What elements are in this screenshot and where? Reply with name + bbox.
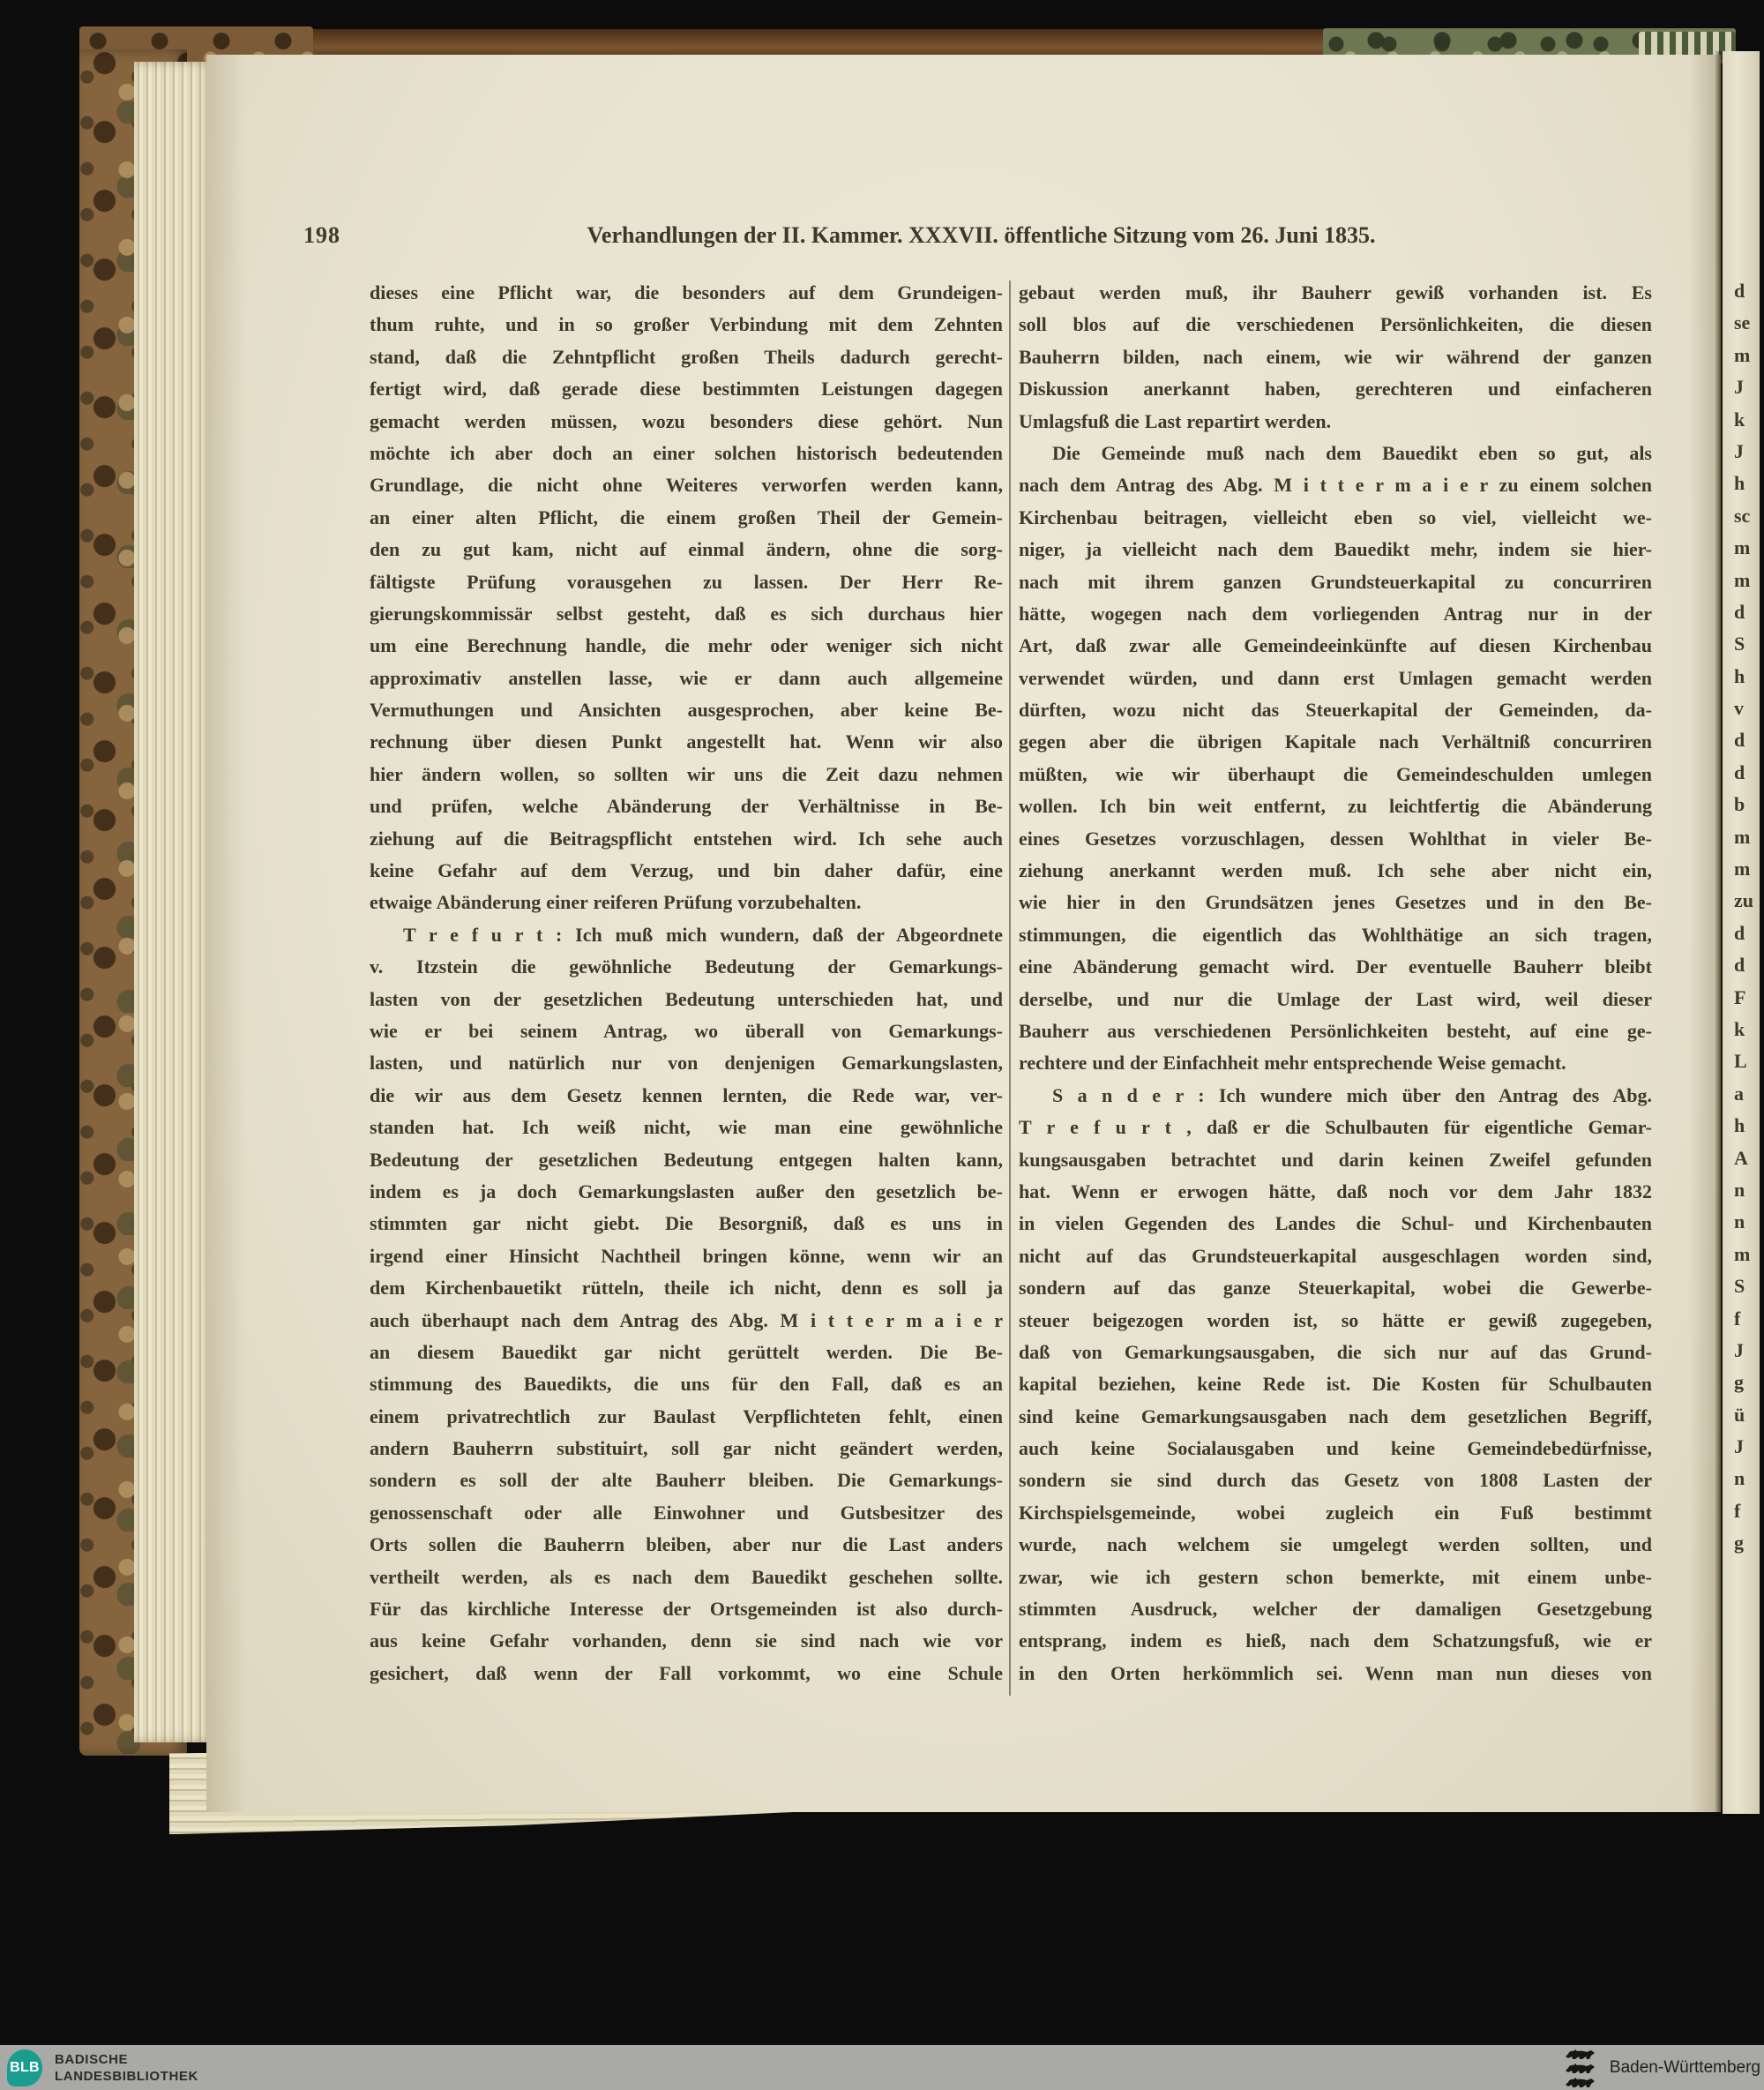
partial-glyph: A [1734,1142,1760,1174]
text-line: etwaige Abänderung einer reiferen Prüfun… [370,887,1003,918]
text-line: standen hat. Ich weiß nicht, wie man ein… [370,1112,1003,1143]
text-line: kungsausgaben betrachtet und darin keine… [1019,1144,1652,1176]
partial-glyph: k [1734,404,1760,436]
partial-glyph: d [1734,918,1760,949]
text-line: T r e f u r t , daß er die Schulbauten f… [1019,1112,1652,1143]
text-line: lasten, und natürlich nur von denjenigen… [370,1047,1003,1079]
text-line: Diskussion anerkannt haben, gerechteren … [1019,373,1652,405]
baden-wuerttemberg-link[interactable]: Baden-Württemberg [1564,2048,1760,2088]
text-line: zwar, wie ich gestern schon bemerkte, mi… [1019,1562,1652,1593]
partial-glyph: L [1734,1045,1760,1077]
text-line: dürften, wozu nicht das Steuerkapital de… [1019,694,1652,726]
text-line: sondern es soll der alte Bauherr bleiben… [370,1464,1003,1496]
text-line: verwendet würden, und dann erst Umlagen … [1019,663,1652,694]
partial-glyph: d [1734,724,1760,756]
text-line: stimmung des Bauedikts, die uns für den … [370,1368,1003,1400]
text-line: fertigt wird, daß gerade diese bestimmte… [370,373,1003,405]
blb-library-link[interactable]: BLB BADISCHE LANDESBIBLIOTHEK [7,2049,198,2086]
text-line: sondern sie sind durch das Gesetz von 18… [1019,1464,1652,1496]
text-line: stimmungen, die eigentlich das Wohlthäti… [1019,919,1652,951]
partial-glyph: sc [1734,500,1760,532]
partial-glyph: g [1734,1367,1760,1398]
partial-glyph: ü [1734,1399,1760,1431]
text-line: in den Orten herkömmlich sei. Wenn man n… [1019,1658,1652,1689]
text-line: an diesem Bauedikt gar nicht gerüttelt w… [370,1337,1003,1368]
book-page: 198 Verhandlungen der II. Kammer. XXXVII… [206,55,1721,1812]
text-line: stimmten gar nicht giebt. Die Besorgniß,… [370,1208,1003,1240]
text-line: in vielen Gegenden des Landes die Schul-… [1019,1208,1652,1240]
text-line: derselbe, und nur die Umlage der Last wi… [1019,984,1652,1015]
text-line: Bedeutung der gesetzlichen Bedeutung ent… [370,1144,1003,1176]
text-line: v. Itzstein die gewöhnliche Bedeutung de… [370,951,1003,983]
text-line: gemacht werden müssen, wozu besonders di… [370,406,1003,438]
text-line: sondern auf das ganze Steuerkapital, wob… [1019,1272,1652,1304]
text-line: rechnung über diesen Punkt angestellt ha… [370,726,1003,758]
text-line: steuer beigezogen worden ist, so hätte e… [1019,1305,1652,1337]
partial-glyph: d [1734,949,1760,981]
partial-glyph: S [1734,1270,1760,1302]
viewer-footer-bar: BLB BADISCHE LANDESBIBLIOTHEK [0,2045,1764,2090]
text-line: nicht auf das Grundsteuerkapital ausgesc… [1019,1240,1652,1272]
text-line: T r e f u r t : Ich muß mich wundern, da… [370,919,1003,951]
blb-logo[interactable]: BLB [7,2049,42,2086]
bw-lions-icon [1564,2048,1599,2088]
partial-glyph: J [1734,1335,1760,1367]
text-line: gebaut werden muß, ihr Bauherr gewiß vor… [1019,277,1652,309]
partial-glyph: zu [1734,885,1760,917]
text-line: wurde, nach welchem sie umgelegt werden … [1019,1529,1652,1561]
text-line: wollen. Ich bin weit entfernt, zu leicht… [1019,790,1652,822]
partial-glyph: S [1734,628,1760,660]
text-line: irgend einer Hinsicht Nachtheil bringen … [370,1240,1003,1272]
text-line: um eine Berechnung handle, die mehr oder… [370,630,1003,662]
partial-glyph: d [1734,596,1760,628]
text-line: sind keine Gemarkungsausgaben nach dem g… [1019,1401,1652,1433]
text-line: Art, daß zwar alle Gemeindeeinkünfte auf… [1019,630,1652,662]
partial-glyph: m [1734,340,1760,371]
text-line: gierungskommissär selbst gesteht, daß es… [370,598,1003,630]
partial-glyph: n [1734,1206,1760,1238]
text-line: auch überhaupt nach dem Antrag des Abg. … [370,1305,1003,1337]
partial-glyph: h [1734,661,1760,693]
state-name: Baden-Württemberg [1610,2058,1760,2078]
partial-glyph: m [1734,853,1760,885]
library-name-line2: LANDESBIBLIOTHEK [55,2068,198,2085]
text-line: andern Bauherrn substituirt, soll gar ni… [370,1433,1003,1464]
text-line: wie hier in den Grundsätzen jenes Gesetz… [1019,887,1652,918]
text-line: gesichert, daß wenn der Fall vorkommt, w… [370,1658,1003,1689]
partial-glyph: d [1734,757,1760,789]
text-line: nach dem Antrag des Abg. M i t t e r m a… [1019,469,1652,501]
text-line: indem es ja doch Gemarkungslasten außer … [370,1176,1003,1208]
text-line: stimmten Ausdruck, welcher der damaligen… [1019,1593,1652,1625]
text-line: möchte ich aber doch an einer solchen hi… [370,438,1003,469]
left-text-column: dieses eine Pflicht war, die besonders a… [370,277,1003,1689]
text-line: den zu gut kam, nicht auf einmal ändern,… [370,534,1003,566]
text-line: kapital beziehen, keine Rede ist. Die Ko… [1019,1368,1652,1400]
right-text-column: gebaut werden muß, ihr Bauherr gewiß vor… [1019,277,1652,1689]
text-line: gegen aber die übrigen Kapitale nach Ver… [1019,726,1652,758]
text-line: Umlagsfuß die Last repartirt werden. [1019,406,1652,438]
text-line: an einer alten Pflicht, die einem großen… [370,502,1003,534]
column-divider-rule [1009,281,1011,1696]
next-page-partial-text: dsemJkJhscmmdShvddbmmzuddFkLahAnnmSfJgüJ… [1723,51,1760,1560]
partial-glyph: m [1734,1239,1760,1270]
partial-glyph: n [1734,1174,1760,1206]
text-line: ziehung anerkannt werden muß. Ich sehe a… [1019,855,1652,887]
text-line: Vermuthungen und Ansichten ausgesprochen… [370,694,1003,726]
page-number: 198 [303,222,340,249]
text-line: dieses eine Pflicht war, die besonders a… [370,277,1003,309]
page-header-title: Verhandlungen der II. Kammer. XXXVII. öf… [348,222,1615,249]
partial-glyph: J [1734,371,1760,403]
text-line: ziehung auf die Beitragspflicht entstehe… [370,823,1003,855]
partial-glyph: n [1734,1463,1760,1494]
text-line: nach mit ihrem ganzen Grundsteuerkapital… [1019,566,1652,598]
partial-glyph: v [1734,693,1760,724]
partial-glyph: se [1734,307,1760,339]
book-scan-stage: 198 Verhandlungen der II. Kammer. XXXVII… [0,0,1764,2090]
text-line: S a n d e r : Ich wundere mich über den … [1019,1080,1652,1112]
partial-glyph: f [1734,1303,1760,1335]
partial-glyph: k [1734,1014,1760,1045]
partial-glyph: g [1734,1527,1760,1559]
text-line: Kirchspielsgemeinde, wobei zugleich ein … [1019,1497,1652,1529]
text-line: soll blos auf die verschiedenen Persönli… [1019,309,1652,341]
partial-glyph: b [1734,789,1760,820]
text-line: approximativ anstellen lasse, wie er dan… [370,663,1003,694]
text-line: vertheilt werden, als es nach dem Bauedi… [370,1562,1003,1593]
text-line: auch keine Socialausgaben und keine Geme… [1019,1433,1652,1464]
text-line: Kirchenbau beitragen, vielleicht eben so… [1019,502,1652,534]
text-line: Bauherr aus verschiedenen Persönlichkeit… [1019,1015,1652,1047]
library-name-line1: BADISCHE [55,2051,198,2068]
next-page-sliver: dsemJkJhscmmdShvddbmmzuddFkLahAnnmSfJgüJ… [1723,51,1760,1814]
text-line: dem Kirchenbauetikt rütteln, theile ich … [370,1272,1003,1304]
text-line: müßten, wie wir überhaupt die Gemeindesc… [1019,759,1652,790]
partial-glyph: d [1734,275,1760,307]
partial-glyph: F [1734,982,1760,1014]
text-line: fältigste Prüfung vorausgehen zu lassen.… [370,566,1003,598]
partial-glyph: a [1734,1078,1760,1110]
text-line: hätte, wogegen nach dem vorliegenden Ant… [1019,598,1652,630]
text-line: lasten von der gesetzlichen Bedeutung un… [370,984,1003,1015]
partial-glyph: h [1734,1110,1760,1142]
text-line: und prüfen, welche Abänderung der Verhäl… [370,790,1003,822]
text-line: genossenschaft oder alle Einwohner und G… [370,1497,1003,1529]
text-line: daß von Gemarkungsausgaben, die sich nur… [1019,1337,1652,1368]
text-line: einem privatrechtlich zur Baulast Verpfl… [370,1401,1003,1433]
text-line: Die Gemeinde muß nach dem Bauedikt eben … [1019,438,1652,469]
partial-glyph: J [1734,436,1760,468]
text-line: die wir aus dem Gesetz kennen lernten, d… [370,1080,1003,1112]
library-name: BADISCHE LANDESBIBLIOTHEK [55,2051,198,2085]
partial-glyph: m [1734,565,1760,596]
text-line: keine Gefahr auf dem Verzug, und bin dah… [370,855,1003,887]
text-line: eines Gesetzes vorzuschlagen, dessen Woh… [1019,823,1652,855]
text-line: wie er bei seinem Antrag, wo überall von… [370,1015,1003,1047]
page-fore-edge-stack [134,62,217,1742]
partial-glyph: J [1734,1431,1760,1463]
text-line: hier ändern wollen, so sollten wir uns d… [370,759,1003,790]
text-line: Für das kirchliche Interesse der Ortsgem… [370,1593,1003,1625]
text-line: Grundlage, die nicht ohne Weiteres verwo… [370,469,1003,501]
partial-glyph: m [1734,821,1760,853]
text-line: Bauherrn bilden, nach einem, wie wir wäh… [1019,341,1652,373]
text-line: hat. Wenn er erwogen hätte, daß noch vor… [1019,1176,1652,1208]
text-line: entsprang, indem es hieß, nach dem Schat… [1019,1625,1652,1657]
text-line: rechtere und der Einfachheit mehr entspr… [1019,1047,1652,1079]
partial-glyph: m [1734,532,1760,564]
text-line: eine Abänderung gemacht wird. Der eventu… [1019,951,1652,983]
text-line: Orts sollen die Bauherrn bleiben, aber n… [370,1529,1003,1561]
partial-glyph: f [1734,1495,1760,1527]
text-line: stand, daß die Zehntpflicht großen Theil… [370,341,1003,373]
text-line: aus keine Gefahr vorhanden, denn sie sin… [370,1625,1003,1657]
partial-glyph: h [1734,468,1760,499]
text-line: thum ruhte, und in so großer Verbindung … [370,309,1003,341]
text-line: niger, ja vielleicht nach dem Bauedikt m… [1019,534,1652,566]
